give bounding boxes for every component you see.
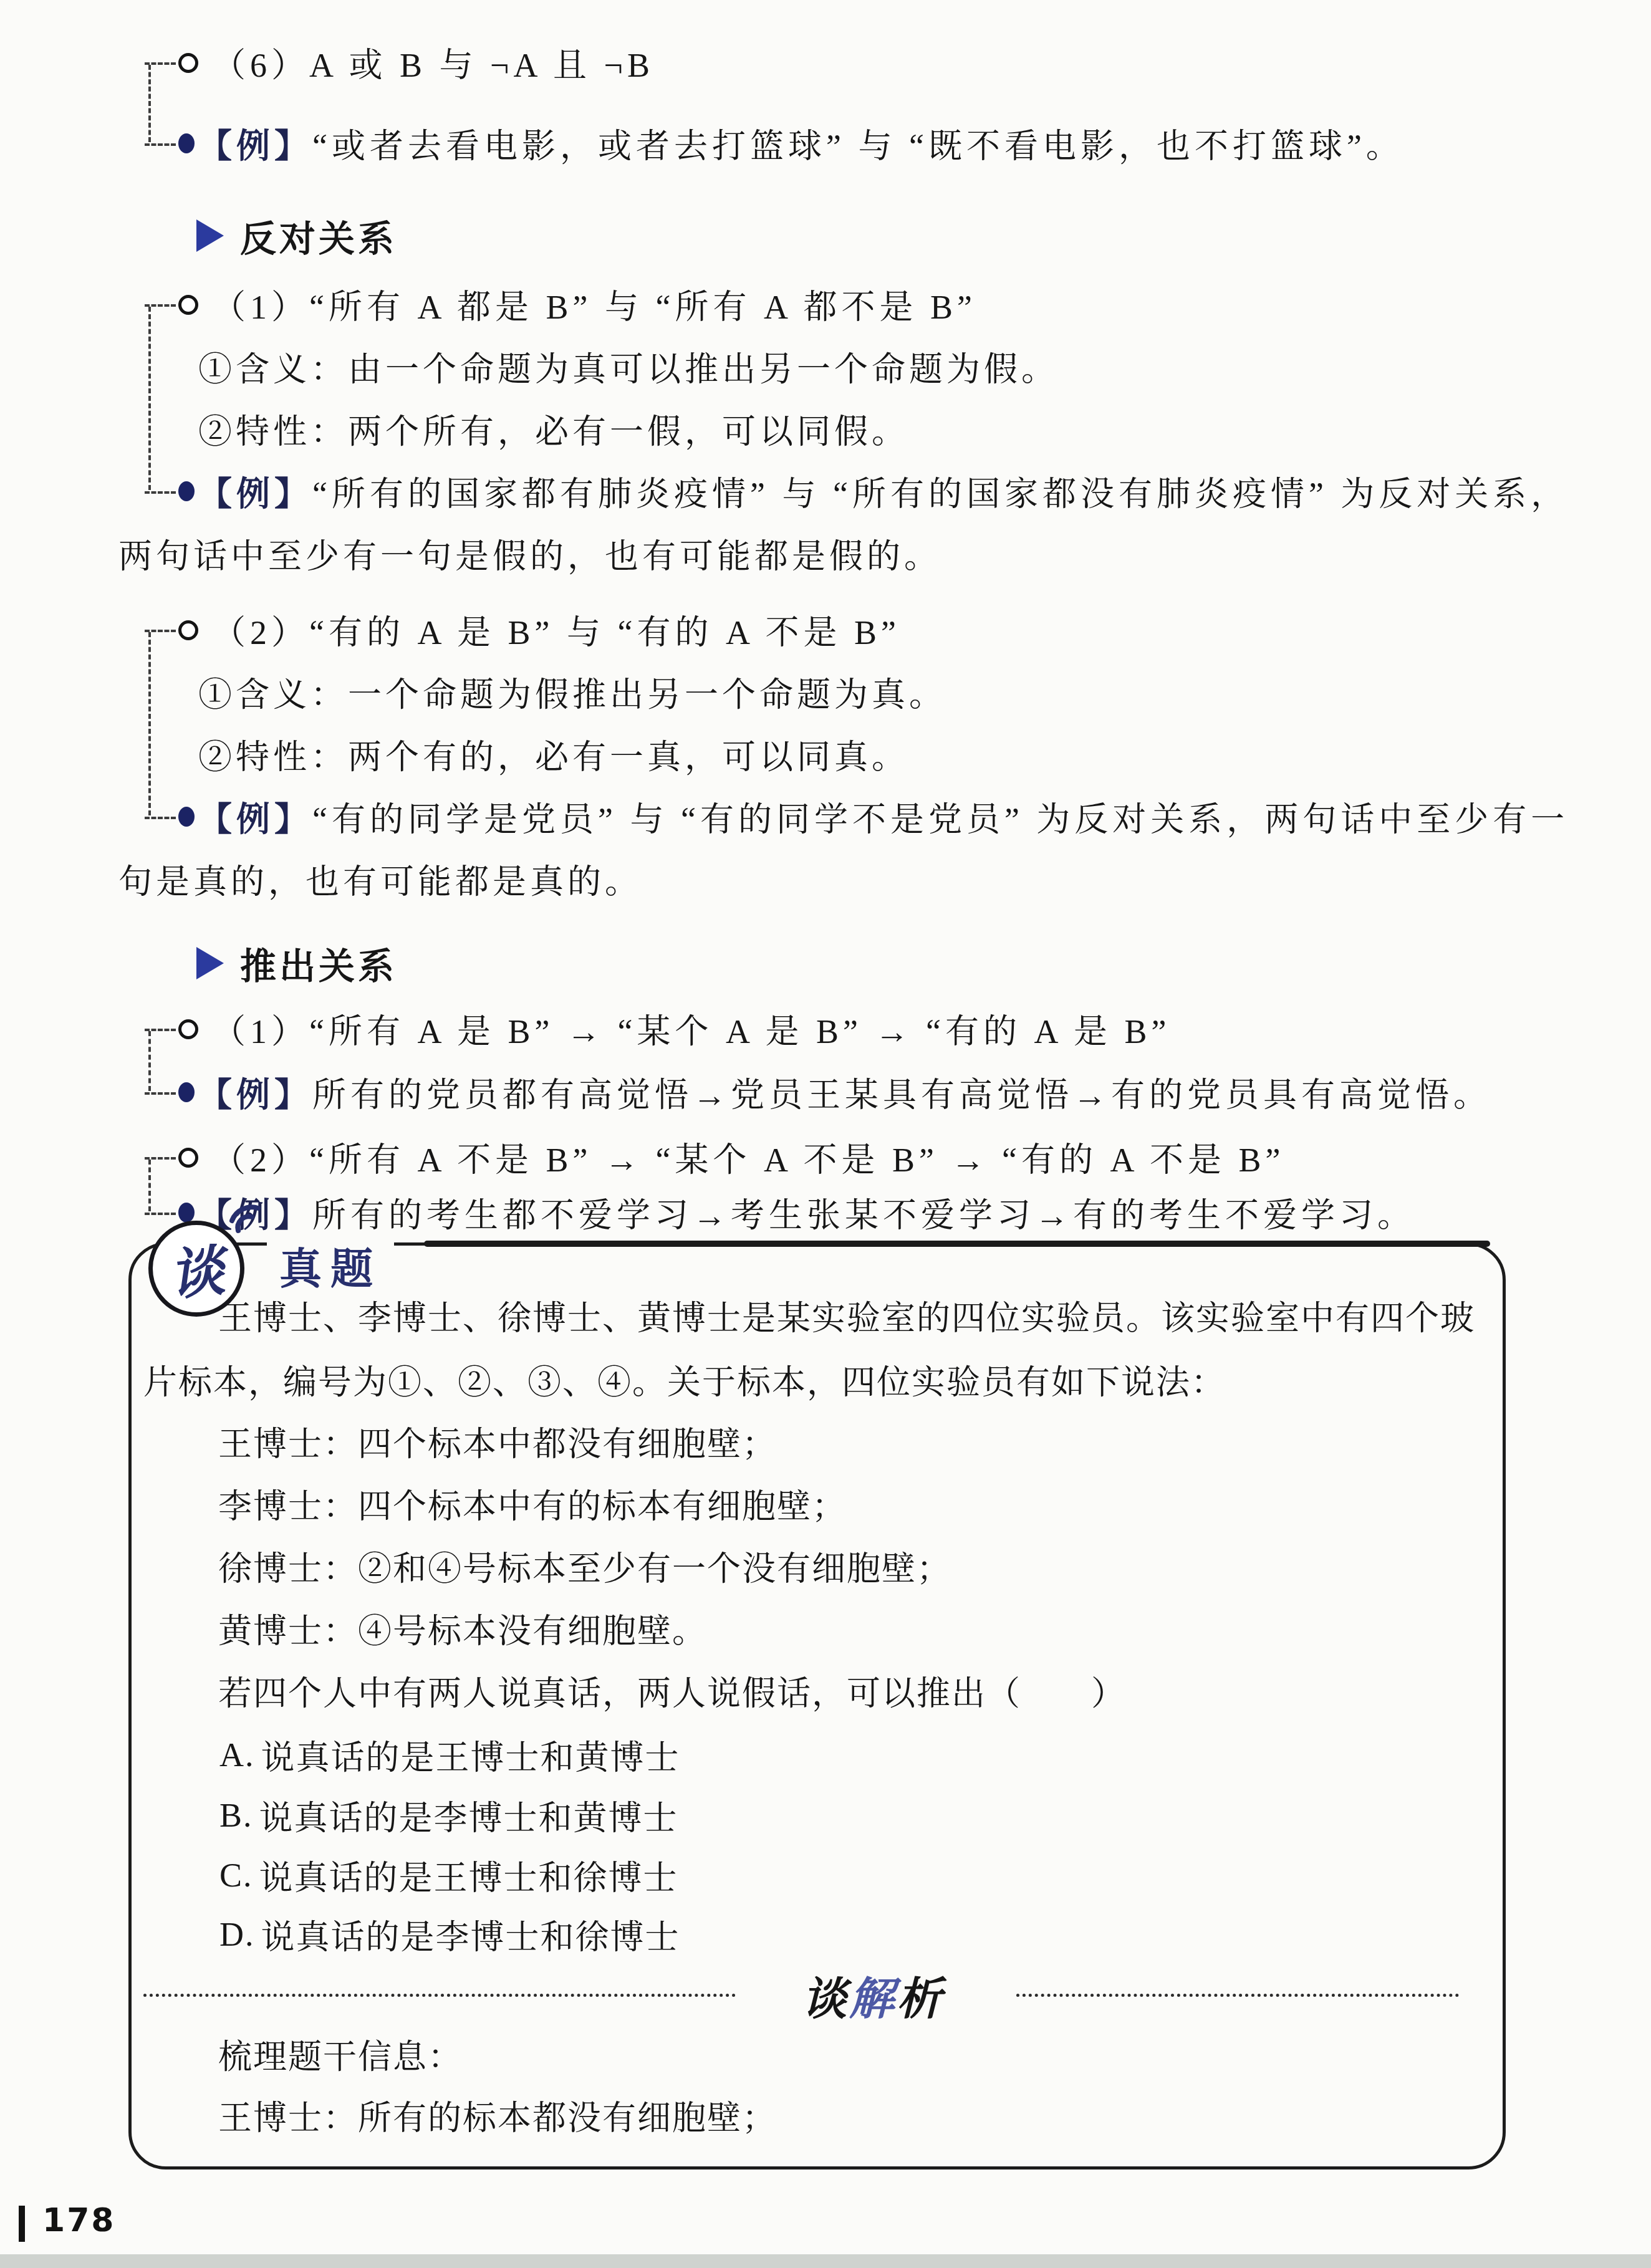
outline-node-text: （1）“所有 A 都是 B” 与 “所有 A 都不是 B” — [212, 281, 976, 329]
option-text: 说真话的是李博士和黄博士 — [259, 1792, 678, 1840]
outline-example-line: 【例】“所有的国家都有肺炎疫情” 与 “所有的国家都没有肺炎疫情” 为反对关系， — [0, 463, 1651, 520]
connector-dash-icon — [145, 143, 176, 146]
vertical-connector-line — [148, 632, 151, 815]
page-number-bar — [19, 2206, 25, 2242]
vertical-connector-line — [148, 1160, 151, 1211]
section-header-text: 反对关系 — [240, 209, 397, 262]
outline-example-line: 【例】“有的同学是党员” 与 “有的同学不是党员” 为反对关系，两句话中至少有一 — [0, 788, 1651, 845]
triangle-marker-icon — [196, 219, 224, 252]
dot-bullet-icon — [178, 481, 195, 501]
dot-bullet-icon — [178, 133, 195, 153]
outline-section-line: 反对关系 — [0, 207, 1651, 264]
connector-dash-icon — [145, 491, 176, 494]
outline-node-line: （6）A 或 B 与 ¬A 且 ¬B — [0, 34, 1651, 91]
statement-line: 黄博士：④号标本没有细胞壁。 — [0, 1600, 1651, 1657]
outline-node-text: （1）“所有 A 是 B” → “某个 A 是 B” → “有的 A 是 B” — [212, 1005, 1170, 1053]
analysis-line: 王博士：所有的标本都没有细胞壁； — [0, 2087, 1651, 2144]
outline-sub-line: ①含义：由一个命题为真可以推出另一个命题为假。 — [0, 338, 1651, 395]
outline-section-line: 推出关系 — [0, 935, 1651, 992]
option-A: A.说真话的是王博士和黄博士 — [0, 1726, 1651, 1784]
stem-text: 片标本，编号为①、②、③、④。关于标本，四位实验员有如下说法： — [143, 1356, 1226, 1404]
option-text: 说真话的是李博士和徐博士 — [261, 1911, 680, 1959]
divider-dash-left — [143, 1994, 736, 1997]
continuation-text: 两句话中至少有一句是假的，也有可能都是假的。 — [118, 530, 941, 578]
example-text: 所有的党员都有高觉悟→党员王某具有高觉悟→有的党员具有高觉悟。 — [312, 1069, 1491, 1117]
vertical-connector-line — [148, 65, 151, 142]
example-text: “或者去看电影，或者去打篮球” 与 “既不看电影，也不打篮球”。 — [312, 120, 1404, 168]
option-letter: C. — [219, 1856, 253, 1895]
outline-node-text: （2）“所有 A 不是 B” → “某个 A 不是 B” → “有的 A 不是 … — [212, 1133, 1284, 1181]
outline-cont-line: 两句话中至少有一句是假的，也有可能都是假的。 — [0, 525, 1651, 582]
stem-text: 王博士、李博士、徐博士、黄博士是某实验室的四位实验员。该实验室中有四个玻 — [218, 1292, 1475, 1340]
example-label: 【例】 — [198, 468, 312, 516]
example-text: “有的同学是党员” 与 “有的同学不是党员” 为反对关系，两句话中至少有一 — [312, 793, 1569, 841]
outline-node-text: （6）A 或 B 与 ¬A 且 ¬B — [212, 39, 654, 87]
connector-dash-icon — [145, 1092, 176, 1095]
option-letter: B. — [219, 1796, 253, 1835]
statement-text: 黄博士：④号标本没有细胞壁。 — [218, 1605, 707, 1653]
dot-bullet-icon — [178, 1082, 195, 1102]
option-B: B.说真话的是李博士和黄博士 — [0, 1787, 1651, 1844]
outline-sub-line: ②特性：两个所有，必有一假，可以同假。 — [0, 400, 1651, 458]
analysis-divider-label: 谈解析 — [742, 1964, 1004, 2026]
signal-arcs-icon — [219, 1198, 269, 1248]
stem-line: 王博士、李博士、徐博士、黄博士是某实验室的四位实验员。该实验室中有四个玻 — [0, 1287, 1651, 1344]
analysis-heading-text: 梳理题干信息： — [218, 2030, 463, 2078]
outline-sub-line: ②特性：两个有的，必有一真，可以同真。 — [0, 726, 1651, 783]
connector-dash-icon — [145, 1213, 176, 1215]
divider-dash-right — [1016, 1994, 1459, 1997]
divider-label-char: 谈 — [802, 1963, 849, 2027]
option-C: C.说真话的是王博士和徐博士 — [0, 1847, 1651, 1904]
outline-sub-line: ①含义：一个命题为假推出另一个命题为真。 — [0, 663, 1651, 721]
outline-subitem-text: ①含义：由一个命题为真可以推出另一个命题为假。 — [198, 343, 1059, 391]
outline-subitem-text: ①含义：一个命题为假推出另一个命题为真。 — [198, 668, 946, 716]
vertical-connector-line — [148, 307, 151, 490]
circle-bullet-icon — [178, 1019, 198, 1039]
triangle-marker-icon — [196, 947, 224, 979]
example-text: 所有的考生都不爱学习→考生张某不爱学习→有的考生不爱学习。 — [312, 1189, 1415, 1237]
outline-cont-line: 句是真的，也有可能都是真的。 — [0, 850, 1651, 908]
statement-text: 王博士：四个标本中都没有细胞壁； — [218, 1418, 777, 1466]
divider-label-char: 解 — [849, 1963, 897, 2027]
option-D: D.说真话的是李博士和徐博士 — [0, 1906, 1651, 1963]
option-letter: A. — [219, 1736, 255, 1774]
outline-example-line: 【例】所有的党员都有高觉悟→党员王某具有高觉悟→有的党员具有高觉悟。 — [0, 1064, 1651, 1121]
outline-subitem-text: ②特性：两个有的，必有一真，可以同真。 — [198, 731, 909, 779]
outline-example-line: 【例】“或者去看电影，或者去打篮球” 与 “既不看电影，也不打篮球”。 — [0, 115, 1651, 172]
outline-node-line: （2）“有的 A 是 B” 与 “有的 A 不是 B” — [0, 601, 1651, 658]
dot-bullet-icon — [178, 1203, 195, 1223]
statement-text: 李博士：四个标本中有的标本有细胞壁； — [218, 1480, 847, 1528]
statement-line: 徐博士：②和④号标本至少有一个没有细胞壁； — [0, 1537, 1651, 1595]
outline-subitem-text: ②特性：两个所有，必有一假，可以同假。 — [198, 405, 909, 453]
question-prompt-line: 若四个人中有两人说真话，两人说假话，可以推出（ ） — [0, 1662, 1651, 1719]
logo-character: 谈 — [165, 1227, 228, 1311]
outline-node-line: （1）“所有 A 都是 B” 与 “所有 A 都不是 B” — [0, 276, 1651, 333]
connector-dash-icon — [145, 817, 176, 819]
section-header-text: 推出关系 — [240, 937, 397, 989]
analysis-heading-line: 梳理题干信息： — [0, 2025, 1651, 2083]
example-label: 【例】 — [198, 120, 312, 168]
option-text: 说真话的是王博士和黄博士 — [261, 1731, 680, 1779]
statement-line: 王博士：四个标本中都没有细胞壁； — [0, 1413, 1651, 1470]
scanned-textbook-page: （6）A 或 B 与 ¬A 且 ¬B【例】“或者去看电影，或者去打篮球” 与 “… — [0, 0, 1651, 2268]
circle-bullet-icon — [178, 620, 198, 640]
example-label: 【例】 — [198, 1069, 312, 1117]
statement-text: 徐博士：②和④号标本至少有一个没有细胞壁； — [218, 1542, 951, 1590]
option-text: 说真话的是王博士和徐博士 — [259, 1852, 678, 1900]
statement-line: 李博士：四个标本中有的标本有细胞壁； — [0, 1475, 1651, 1532]
vertical-connector-line — [148, 1031, 151, 1091]
box-top-rule — [424, 1241, 1490, 1247]
stem-line: 片标本，编号为①、②、③、④。关于标本，四位实验员有如下说法： — [0, 1351, 1651, 1408]
outline-node-text: （2）“有的 A 是 B” 与 “有的 A 不是 B” — [212, 606, 900, 654]
zhenti-tag: 真题 — [267, 1238, 394, 1293]
continuation-text: 句是真的，也有可能都是真的。 — [118, 855, 642, 903]
outline-node-line: （1）“所有 A 是 B” → “某个 A 是 B” → “有的 A 是 B” — [0, 1000, 1651, 1057]
outline-node-line: （2）“所有 A 不是 B” → “某个 A 不是 B” → “有的 A 不是 … — [0, 1128, 1651, 1186]
circle-bullet-icon — [178, 53, 198, 73]
analysis-text: 王博士：所有的标本都没有细胞壁； — [218, 2092, 777, 2140]
circle-bullet-icon — [178, 1148, 198, 1168]
prompt-text: 若四个人中有两人说真话，两人说假话，可以推出（ ） — [218, 1667, 1126, 1715]
example-text: “所有的国家都有肺炎疫情” 与 “所有的国家都没有肺炎疫情” 为反对关系， — [312, 468, 1569, 516]
dot-bullet-icon — [178, 807, 195, 827]
example-label: 【例】 — [198, 793, 312, 841]
page-edge-strip — [0, 2254, 1651, 2268]
option-letter: D. — [219, 1915, 255, 1954]
page-number: 178 — [42, 2202, 116, 2239]
divider-label-char: 析 — [897, 1963, 944, 2027]
circle-bullet-icon — [178, 295, 198, 315]
